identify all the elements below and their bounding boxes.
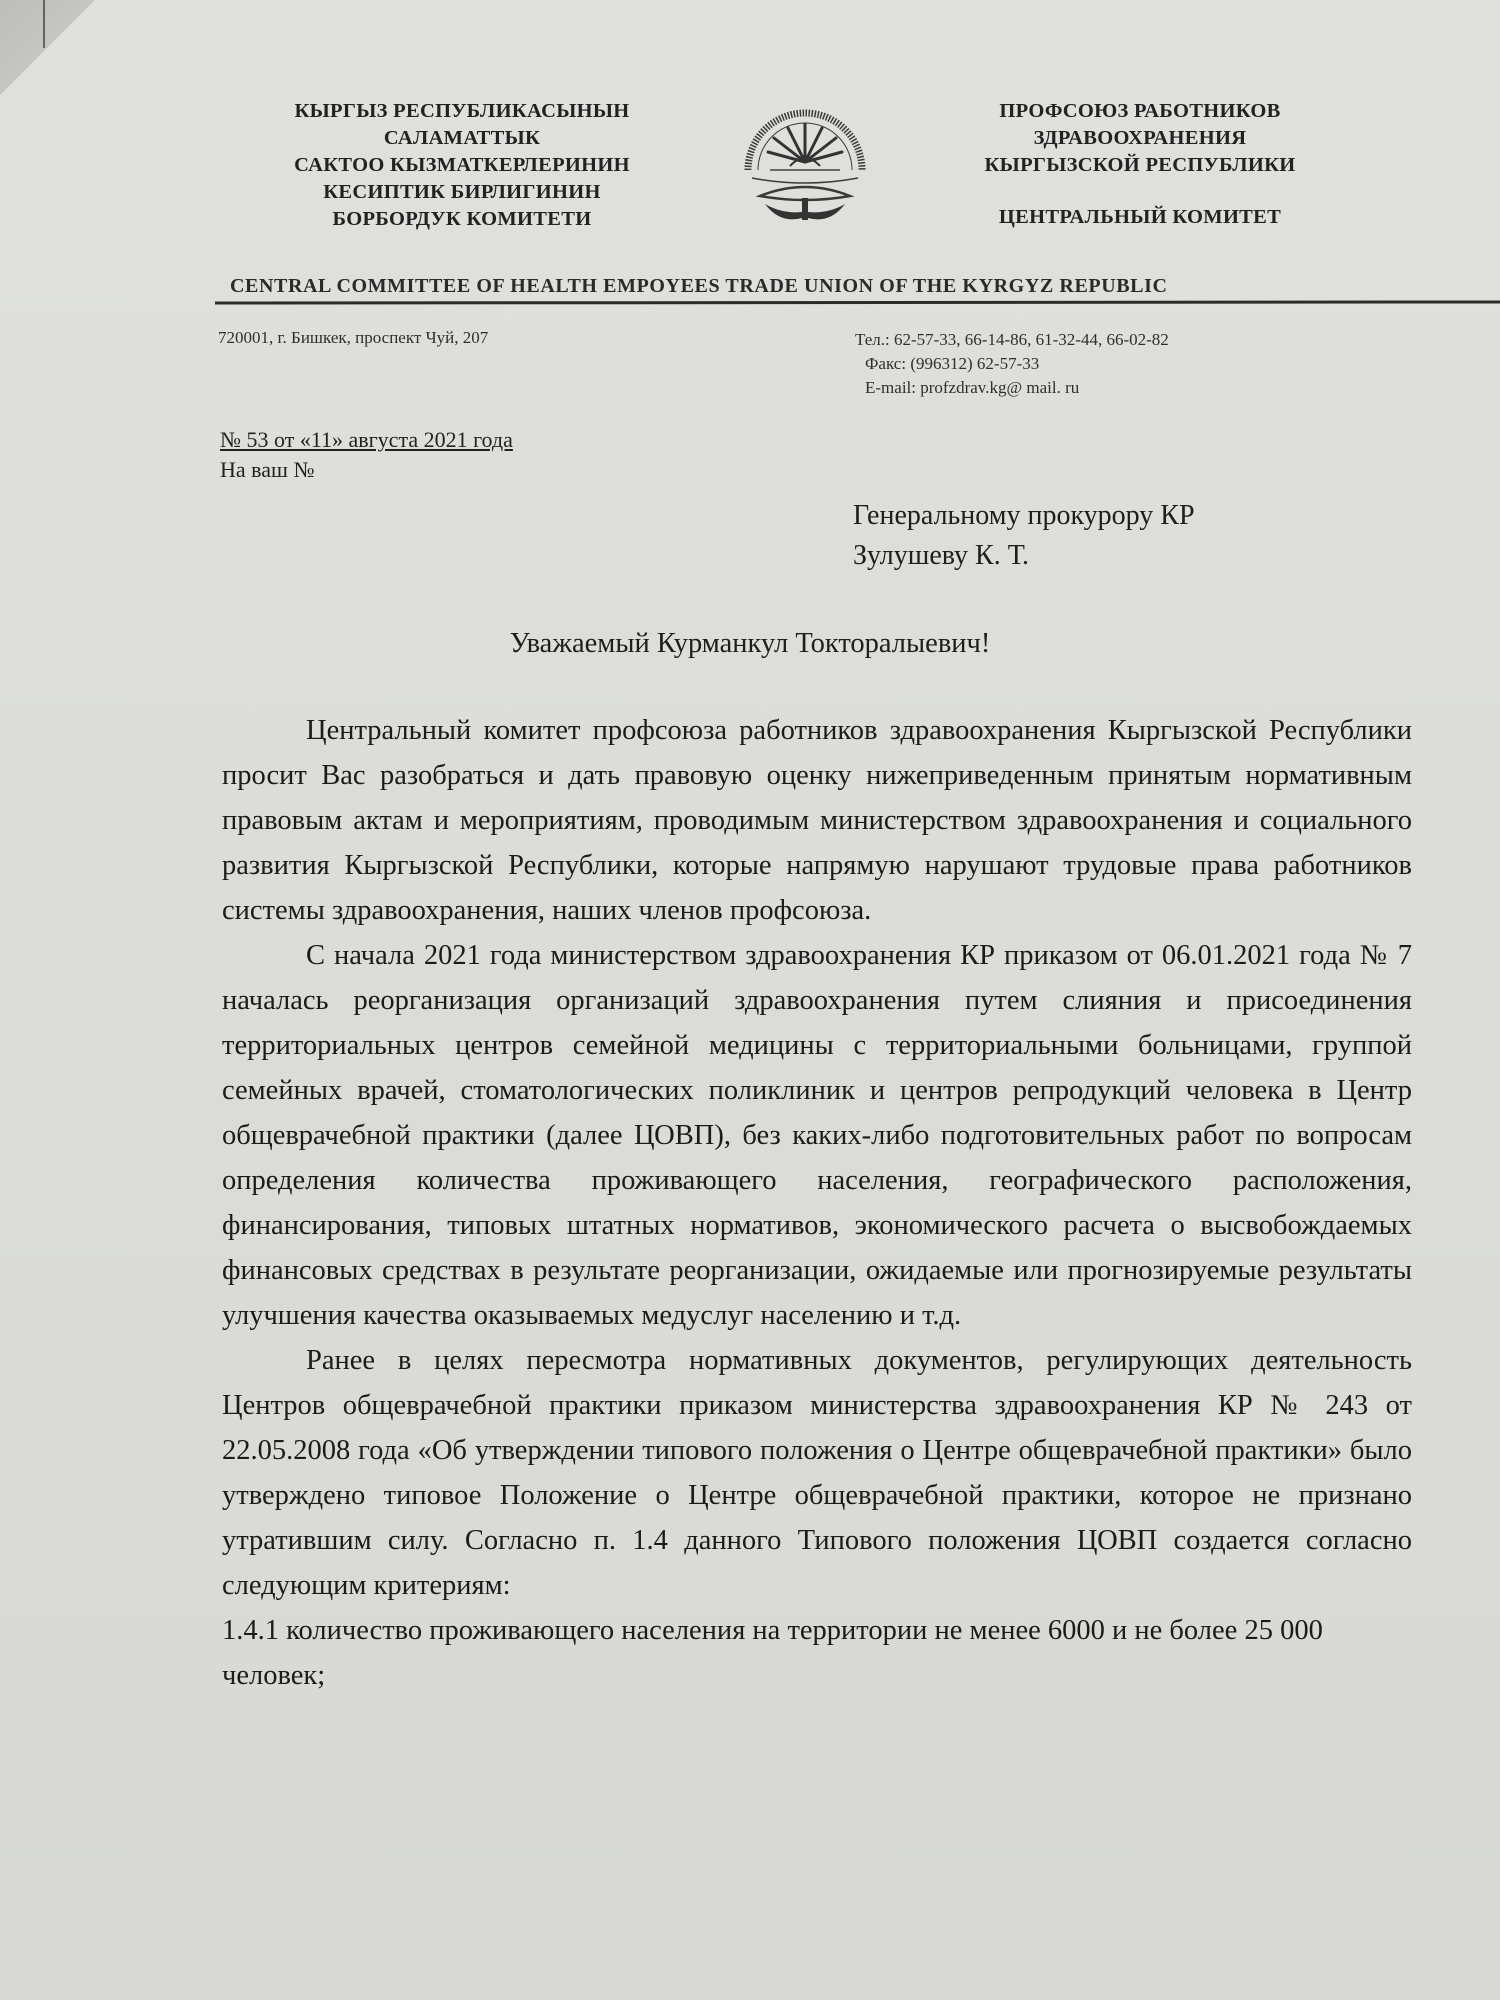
letterhead-kyrgyz-line: КЫРГЫЗ РЕСПУБЛИКАСЫНЫН: [232, 98, 692, 125]
addressee-position: Генеральному прокурору КР: [853, 496, 1195, 536]
letter-body: Центральный комитет профсоюза работников…: [222, 708, 1412, 1698]
body-paragraph: Ранее в целях пересмотра нормативных док…: [222, 1338, 1412, 1608]
letterhead-kyrgyz-line: КЕСИПТИК БИРЛИГИНИН: [232, 179, 692, 206]
letterhead-russian-line: ЗДРАВООХРАНЕНИЯ: [930, 125, 1350, 152]
organization-contacts: Тел.: 62-57-33, 66-14-86, 61-32-44, 66-0…: [855, 328, 1169, 400]
letterhead-committee: ЦЕНТРАЛЬНЫЙ КОМИТЕТ: [930, 204, 1350, 231]
letterhead-english-title: CENTRAL COMMITTEE OF HEALTH EMPOYEES TRA…: [230, 275, 1410, 298]
body-paragraph: Центральный комитет профсоюза работников…: [222, 708, 1412, 933]
email-address: E-mail: profzdrav.kg@ mail. ru: [855, 376, 1169, 400]
body-paragraph: С начала 2021 года министерством здравоо…: [222, 933, 1412, 1338]
letterhead-russian-line: ПРОФСОЮЗ РАБОТНИКОВ: [930, 98, 1350, 125]
organization-address: 720001, г. Бишкек, проспект Чуй, 207: [218, 328, 488, 348]
criteria-item: 1.4.1 количество проживающего населения …: [222, 1608, 1412, 1698]
trade-union-emblem-icon: [730, 100, 880, 228]
letterhead-russian-line: КЫРГЫЗСКОЙ РЕСПУБЛИКИ: [930, 152, 1350, 179]
letterhead-kyrgyz: КЫРГЫЗ РЕСПУБЛИКАСЫНЫН САЛАМАТТЫК САКТОО…: [232, 98, 692, 233]
addressee-name: Зулушеву К. Т.: [853, 536, 1195, 576]
reference-block: № 53 от «11» августа 2021 года На ваш №: [220, 425, 513, 485]
letterhead-kyrgyz-line: САЛАМАТТЫК: [232, 125, 692, 152]
addressee-block: Генеральному прокурору КР Зулушеву К. Т.: [853, 496, 1195, 576]
staple-mark: [43, 0, 45, 48]
phone-numbers: Тел.: 62-57-33, 66-14-86, 61-32-44, 66-0…: [855, 328, 1169, 352]
outgoing-number: № 53 от «11» августа 2021 года: [220, 425, 513, 455]
fax-number: Факс: (996312) 62-57-33: [855, 352, 1169, 376]
salutation: Уважаемый Курманкул Токторалыевич!: [0, 628, 1500, 660]
your-reference: На ваш №: [220, 455, 513, 485]
letterhead-russian: ПРОФСОЮЗ РАБОТНИКОВ ЗДРАВООХРАНЕНИЯ КЫРГ…: [930, 98, 1350, 231]
letterhead-kyrgyz-line: САКТОО КЫЗМАТКЕРЛЕРИНИН: [232, 152, 692, 179]
letterhead-kyrgyz-line: БОРБОРДУК КОМИТЕТИ: [232, 206, 692, 233]
